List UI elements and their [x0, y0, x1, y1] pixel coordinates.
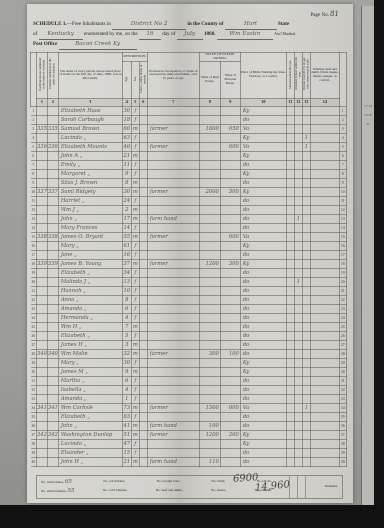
occupation-cell — [147, 169, 199, 178]
sex-cell: f — [131, 277, 139, 286]
line-number-right: 5 — [339, 142, 346, 151]
real-estate-cell — [199, 106, 220, 115]
line-number-right: 24 — [339, 313, 346, 322]
dwelling-number-cell — [37, 304, 48, 313]
married-cell — [286, 376, 294, 385]
sex-cell: m — [131, 187, 139, 196]
year-label: 1860. — [204, 31, 216, 37]
married-cell — [286, 196, 294, 205]
age-cell: 8 — [122, 178, 131, 187]
cannot-read-cell — [302, 304, 310, 313]
personal-estate-cell — [220, 385, 240, 394]
school-cell — [294, 259, 302, 268]
condition-cell — [310, 367, 339, 376]
table-row: 24 Hermanda „ 4 f do — [31, 313, 347, 322]
dwelling-number-cell — [37, 241, 48, 250]
married-cell — [286, 124, 294, 133]
condition-cell — [310, 160, 339, 169]
color-cell — [139, 133, 147, 142]
sex-cell: f — [131, 313, 139, 322]
color-cell — [139, 124, 147, 133]
personal-estate-cell — [220, 421, 240, 430]
school-cell — [294, 376, 302, 385]
married-cell — [286, 151, 294, 160]
line-number-right: 40 — [339, 457, 346, 466]
line-number-right: 10 — [339, 187, 346, 196]
page-totals-footer: No. white males, 65 No. col'd males, No.… — [36, 475, 343, 499]
age-cell: 30 — [122, 358, 131, 367]
sex-cell: f — [131, 250, 139, 259]
personal-estate-cell — [220, 277, 240, 286]
table-row: 6 John A „ 21 m Ky — [31, 151, 347, 160]
condition-cell — [310, 448, 339, 457]
occupation-cell — [147, 367, 199, 376]
family-number-cell — [47, 439, 58, 448]
married-cell — [286, 232, 294, 241]
occupation-cell — [147, 376, 199, 385]
cannot-read-cell — [302, 457, 310, 466]
blind-label: No. blind, — [212, 479, 226, 485]
table-row: 35 Elizabeth „ 63 f do — [31, 412, 347, 421]
married-cell — [286, 349, 294, 358]
occupation-cell — [147, 340, 199, 349]
sex-cell: m — [131, 124, 139, 133]
cannot-read-cell — [302, 313, 310, 322]
real-estate-cell — [199, 439, 220, 448]
state-handwritten: Kentucky — [47, 31, 73, 37]
name-cell: John A „ — [58, 151, 122, 160]
table-row: 21 Hannah „ 10 f do — [31, 286, 347, 295]
school-cell — [294, 151, 302, 160]
table-row: 18 339 339 James B. Young 37 m farmer 12… — [31, 259, 347, 268]
dwelling-number-cell — [37, 358, 48, 367]
schedule-label: SCHEDULE 1. — [33, 21, 67, 27]
personal-estate-cell — [220, 205, 240, 214]
personal-estate-cell — [220, 196, 240, 205]
color-cell — [139, 385, 147, 394]
sex-cell: f — [131, 160, 139, 169]
real-estate-cell — [199, 412, 220, 421]
marshal-handwritten: Wm Eastin — [230, 31, 261, 37]
married-cell — [286, 250, 294, 259]
marshal-label: Ass't Marshal. — [274, 32, 296, 36]
occupation-cell: farmer — [147, 124, 199, 133]
married-cell — [286, 160, 294, 169]
occupation-cell — [147, 241, 199, 250]
sex-cell: f — [131, 394, 139, 403]
school-cell — [294, 421, 302, 430]
married-cell — [286, 340, 294, 349]
family-number-cell — [47, 133, 58, 142]
real-estate-cell — [199, 394, 220, 403]
family-number-cell: 338 — [47, 232, 58, 241]
gutter-right-header — [339, 53, 346, 107]
occupation-cell: farm hand — [147, 421, 199, 430]
condition-cell — [310, 241, 339, 250]
name-cell: Lucinda „ — [58, 439, 122, 448]
family-number-cell — [47, 385, 58, 394]
day-of-label: day of — [162, 31, 175, 37]
birthplace-cell: do — [240, 196, 286, 205]
family-number-cell: 340 — [47, 349, 58, 358]
school-cell — [294, 124, 302, 133]
married-cell — [286, 259, 294, 268]
table-row: 2 Sarah Carbaugh 18 f do — [31, 115, 347, 124]
occupation-cell: farmer — [147, 430, 199, 439]
personal-estate-cell — [220, 367, 240, 376]
header-line-3: Post Office Bacon Creek Ky — [33, 40, 347, 50]
scanned-image-background: Page No. 81 SCHEDULE 1.—Free Inhabitants… — [0, 0, 384, 528]
dwelling-number-cell: 340 — [37, 349, 48, 358]
form-header: SCHEDULE 1.—Free Inhabitants in District… — [33, 20, 347, 50]
birthplace-cell: do — [240, 250, 286, 259]
personal-estate-cell — [220, 250, 240, 259]
occupation-cell — [147, 223, 199, 232]
dwelling-number-cell — [37, 196, 48, 205]
line-number-right: 30 — [339, 367, 346, 376]
birthplace-cell: do — [240, 115, 286, 124]
birthplace-cell: do — [240, 349, 286, 358]
birthplace-cell: Ky — [240, 358, 286, 367]
personal-estate-cell: 500 — [220, 187, 240, 196]
cannot-read-cell: 1 — [302, 142, 310, 151]
name-cell: James O. Bryant — [58, 232, 122, 241]
school-cell — [294, 286, 302, 295]
adjacent-page-line-numbers: 17 18 19 20 21 — [362, 6, 374, 129]
title-rest: —Free Inhabitants in — [67, 21, 111, 27]
dwelling-number-cell: 335 — [37, 124, 48, 133]
age-cell: 9 — [122, 169, 131, 178]
married-cell — [286, 322, 294, 331]
family-number-cell — [47, 331, 58, 340]
personal-estate-cell — [220, 304, 240, 313]
post-office-handwritten: Bacon Creek Ky — [75, 41, 120, 47]
real-estate-cell — [199, 250, 220, 259]
birthplace-cell: do — [240, 313, 286, 322]
line-number-right: 16 — [339, 241, 346, 250]
condition-cell — [310, 304, 339, 313]
color-cell — [139, 268, 147, 277]
condition-cell — [310, 277, 339, 286]
married-cell — [286, 133, 294, 142]
real-estate-cell — [199, 178, 220, 187]
married-cell — [286, 394, 294, 403]
sex-cell: m — [131, 340, 139, 349]
dwelling-number-cell — [37, 205, 48, 214]
personal-estate-cell — [220, 268, 240, 277]
real-estate-cell — [199, 151, 220, 160]
cannot-read-cell — [302, 349, 310, 358]
sex-cell: m — [131, 205, 139, 214]
name-cell: Lucinda „ — [58, 133, 122, 142]
married-cell — [286, 169, 294, 178]
scan-black-edge-right — [374, 0, 384, 505]
table-row: 25 Wm H „ 7 m do — [31, 322, 347, 331]
color-cell — [139, 358, 147, 367]
occupation-cell: farm hand — [147, 214, 199, 223]
col-age-header: Age. — [122, 61, 131, 98]
age-cell: 4 — [122, 313, 131, 322]
birthplace-cell: Ky — [240, 430, 286, 439]
condition-cell — [310, 376, 339, 385]
personal-estate-cell — [220, 322, 240, 331]
birthplace-cell: do — [240, 205, 286, 214]
condition-cell — [310, 421, 339, 430]
dwelling-number-cell — [37, 160, 48, 169]
dwelling-number-cell — [37, 223, 48, 232]
color-cell — [139, 214, 147, 223]
dwelling-number-cell — [37, 250, 48, 259]
column-number-row: 123 456 789 101112 1314 — [31, 98, 347, 106]
cannot-read-cell — [302, 259, 310, 268]
family-number-cell — [47, 376, 58, 385]
sex-cell: f — [131, 241, 139, 250]
condition-cell — [310, 394, 339, 403]
condition-cell — [310, 196, 339, 205]
table-row: 32 Isabella „ 4 f do — [31, 385, 347, 394]
personal-estate-cell — [220, 376, 240, 385]
table-row: 1 Elizabeth Haas 30 f Ky — [31, 106, 347, 115]
cannot-read-cell — [302, 178, 310, 187]
family-number-cell — [47, 241, 58, 250]
color-cell — [139, 178, 147, 187]
age-cell: 32 — [122, 349, 131, 358]
married-cell — [286, 457, 294, 466]
personal-estate-cell — [220, 106, 240, 115]
occupation-cell — [147, 385, 199, 394]
married-cell — [286, 439, 294, 448]
personal-estate-cell — [220, 295, 240, 304]
married-cell — [286, 187, 294, 196]
age-cell: 21 — [122, 457, 131, 466]
real-estate-cell: 2000 — [199, 187, 220, 196]
occupation-cell — [147, 106, 199, 115]
occupation-cell — [147, 358, 199, 367]
occupation-cell — [147, 322, 199, 331]
personal-estate-cell — [220, 178, 240, 187]
sex-cell: f — [131, 223, 139, 232]
table-row: 5 336 336 Elizabeth Mounts 46 f farmer 6… — [31, 142, 347, 151]
county-label: in the County of — [187, 21, 223, 27]
birthplace-cell: Va — [240, 232, 286, 241]
color-cell — [139, 205, 147, 214]
dwelling-number-cell — [37, 367, 48, 376]
name-cell: Mary „ — [58, 358, 122, 367]
white-females-value: 55 — [67, 488, 74, 494]
birthplace-cell: do — [240, 295, 286, 304]
name-cell: Harriet „ — [58, 196, 122, 205]
dwelling-number-cell — [37, 322, 48, 331]
family-number-cell: 336 — [47, 142, 58, 151]
family-number-cell — [47, 223, 58, 232]
real-estate-cell: 1800 — [199, 124, 220, 133]
header-line-1: SCHEDULE 1.—Free Inhabitants in District… — [33, 20, 347, 30]
table-row: 13 John „ 17 m farm hand do 1 — [31, 214, 347, 223]
occupation-cell — [147, 160, 199, 169]
dwelling-number-cell — [37, 331, 48, 340]
personal-estate-cell: 600 — [220, 142, 240, 151]
table-row: 10 337 337 Saml Ridgely 30 m farmer 2000… — [31, 187, 347, 196]
sex-cell: f — [131, 196, 139, 205]
family-number-cell — [47, 457, 58, 466]
family-number-cell — [47, 214, 58, 223]
sex-cell: m — [131, 214, 139, 223]
occupation-cell — [147, 250, 199, 259]
col-families-header: Families numbered in the order of visita… — [47, 53, 58, 99]
sex-cell: f — [131, 376, 139, 385]
name-cell: Jane „ — [58, 250, 122, 259]
school-cell — [294, 241, 302, 250]
cannot-read-cell — [302, 340, 310, 349]
sex-cell: f — [131, 331, 139, 340]
personal-estate-cell: 600 — [220, 403, 240, 412]
married-cell — [286, 358, 294, 367]
sex-cell: m — [131, 151, 139, 160]
color-cell — [139, 412, 147, 421]
school-cell — [294, 169, 302, 178]
sex-cell: f — [131, 412, 139, 421]
school-cell — [294, 331, 302, 340]
family-number-cell — [47, 304, 58, 313]
cannot-read-cell — [302, 421, 310, 430]
line-number-right: 21 — [339, 286, 346, 295]
name-cell: Sarah Carbaugh — [58, 115, 122, 124]
condition-cell — [310, 340, 339, 349]
table-row: 29 Mary „ 30 f Ky — [31, 358, 347, 367]
table-header: Dwelling-houses numbered in the order of… — [31, 53, 347, 107]
occupation-cell — [147, 277, 199, 286]
cannot-read-cell — [302, 115, 310, 124]
colored-males-label: No. col'd males, — [103, 479, 125, 485]
age-cell: 6 — [122, 304, 131, 313]
real-estate-cell: 300 — [199, 349, 220, 358]
condition-cell — [310, 268, 339, 277]
personal-estate-cell — [220, 151, 240, 160]
name-cell: Martha „ — [58, 376, 122, 385]
line-number-right: 31 — [339, 376, 346, 385]
age-cell: 17 — [122, 214, 131, 223]
family-number-cell — [47, 394, 58, 403]
dwelling-number-cell — [37, 394, 48, 403]
age-cell: 24 — [122, 196, 131, 205]
personal-estate-cell — [220, 169, 240, 178]
birthplace-cell: Ky — [240, 151, 286, 160]
dwelling-number-cell — [37, 448, 48, 457]
insane-label: No. insane, — [211, 488, 226, 494]
school-cell — [294, 160, 302, 169]
occupation-cell — [147, 178, 199, 187]
table-row: 34 341 341 Wm Carlisle 73 m farmer 1500 … — [31, 403, 347, 412]
line-number-right: 14 — [339, 223, 346, 232]
line-number-right: 3 — [339, 124, 346, 133]
dwelling-number-cell — [37, 295, 48, 304]
real-estate-cell — [199, 277, 220, 286]
birthplace-cell: Ky — [240, 133, 286, 142]
family-number-cell — [47, 151, 58, 160]
school-cell — [294, 430, 302, 439]
school-cell — [294, 106, 302, 115]
birthplace-cell: do — [240, 340, 286, 349]
line-number-right: 7 — [339, 160, 346, 169]
occupation-cell: farmer — [147, 187, 199, 196]
condition-cell — [310, 106, 339, 115]
occupation-cell: farmer — [147, 259, 199, 268]
name-cell: Wm Carlisle — [58, 403, 122, 412]
age-cell: 61 — [122, 241, 131, 250]
sex-cell: f — [131, 448, 139, 457]
school-cell — [294, 385, 302, 394]
cannot-read-cell — [302, 412, 310, 421]
line-number-right: 29 — [339, 358, 346, 367]
real-estate-cell: 110 — [199, 457, 220, 466]
personal-estate-cell: 600 — [220, 232, 240, 241]
name-cell: John „ — [58, 421, 122, 430]
table-row: 28 340 340 Wm Malin 32 m farmer 300 100 … — [31, 349, 347, 358]
real-estate-cell: 1200 — [199, 259, 220, 268]
personal-estate-cell: 100 — [220, 349, 240, 358]
line-number-right: 8 — [339, 169, 346, 178]
remarks-label: Remarks. — [325, 484, 338, 488]
name-cell: Amanda „ — [58, 304, 122, 313]
age-cell: 63 — [122, 133, 131, 142]
real-estate-cell — [199, 385, 220, 394]
real-estate-cell — [199, 331, 220, 340]
name-cell: Hannah „ — [58, 286, 122, 295]
real-estate-cell — [199, 232, 220, 241]
name-cell: Elizabeth „ — [58, 268, 122, 277]
age-cell: 1 — [122, 394, 131, 403]
school-cell — [294, 205, 302, 214]
color-cell — [139, 295, 147, 304]
cannot-read-cell — [302, 106, 310, 115]
age-cell: 7 — [122, 322, 131, 331]
dwelling-number-cell: 342 — [37, 430, 48, 439]
condition-cell — [310, 178, 339, 187]
family-number-cell — [47, 178, 58, 187]
occupation-cell — [147, 331, 199, 340]
age-cell: 15 — [122, 448, 131, 457]
age-cell: 21 — [122, 151, 131, 160]
birthplace-cell: Ky — [240, 367, 286, 376]
family-number-cell — [47, 313, 58, 322]
married-cell — [286, 304, 294, 313]
page-number-value: 81 — [330, 10, 339, 18]
name-cell: Wm H „ — [58, 322, 122, 331]
age-cell: 8 — [122, 295, 131, 304]
line-number-right: 17 — [339, 250, 346, 259]
age-cell: 11 — [122, 160, 131, 169]
color-cell — [139, 223, 147, 232]
condition-cell — [310, 403, 339, 412]
color-cell — [139, 250, 147, 259]
condition-cell — [310, 457, 339, 466]
age-cell: 18 — [122, 115, 131, 124]
dwelling-number-cell — [37, 313, 48, 322]
birthplace-cell: Va — [240, 124, 286, 133]
name-cell: James H „ — [58, 340, 122, 349]
name-cell: Margaret „ — [58, 169, 122, 178]
cannot-read-cell: 1 — [302, 133, 310, 142]
table-row: 23 Amanda „ 6 f do — [31, 304, 347, 313]
condition-cell — [310, 214, 339, 223]
age-cell: 16 — [122, 250, 131, 259]
real-estate-cell — [199, 376, 220, 385]
sex-cell: f — [131, 169, 139, 178]
state-word: State — [278, 21, 289, 27]
married-cell — [286, 331, 294, 340]
color-cell — [139, 340, 147, 349]
cannot-read-cell — [302, 367, 310, 376]
